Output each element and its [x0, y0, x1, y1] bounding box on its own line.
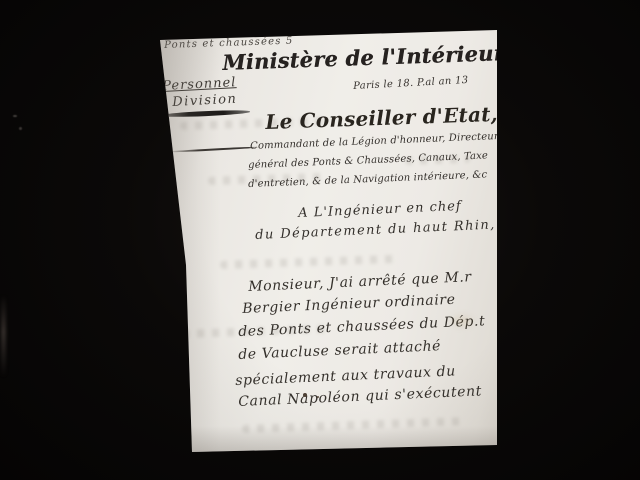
- background-speck: [19, 127, 22, 130]
- photo-background: Ponts et chaussées 5 Ministère de l'Inté…: [0, 0, 640, 480]
- background-speck: [13, 115, 17, 117]
- background-light-streak: [1, 295, 6, 377]
- paper-vignette: [150, 25, 506, 456]
- paper-sheet: Ponts et chaussées 5 Ministère de l'Inté…: [150, 25, 506, 456]
